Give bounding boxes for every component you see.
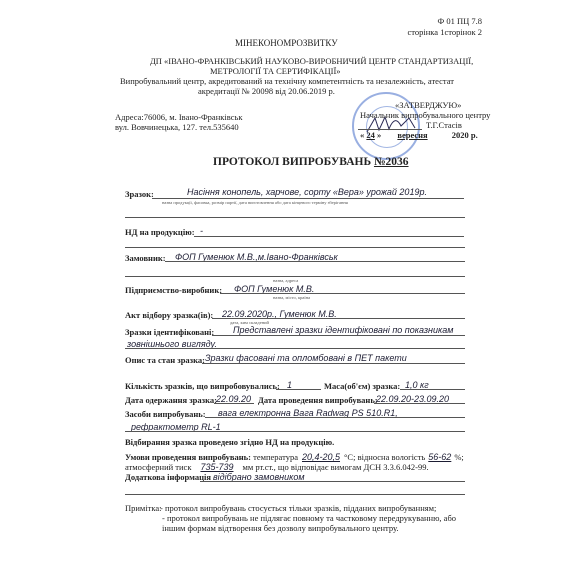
nd-value: - <box>200 226 203 236</box>
approval-name: Т.Г.Стасів <box>426 120 462 130</box>
sample-hint: назва продукції, фасовка, розмір партії,… <box>162 200 348 205</box>
note-line-1: - протокол випробувань стосується тільки… <box>160 503 436 513</box>
selection-text: Відбирання зразка проведено згідно НД на… <box>125 437 334 447</box>
protocol-number: №2036 <box>374 156 409 168</box>
mass-label: Маса(об'єм) зразка: <box>324 381 400 391</box>
form-code: Ф 01 ПЦ 7.8 <box>438 16 483 26</box>
conditions-line-2: атмосферний тиск735-739мм рт.ст., що від… <box>125 462 429 472</box>
approval-year: 2020 р. <box>452 130 478 140</box>
nd-label: НД на продукцію: <box>125 227 195 237</box>
ministry: МІНЕКОНОМРОЗВИТКУ <box>235 38 338 48</box>
org-line-1: ДП «ІВАНО-ФРАНКІВСЬКИЙ НАУКОВО-ВИРОБНИЧИ… <box>150 56 473 66</box>
desc-label: Опис та стан зразка: <box>125 355 205 365</box>
recv-label: Дата одержання зразка: <box>125 395 217 405</box>
sample-value: Насіння конопель, харчове, сорту «Вера» … <box>187 187 427 197</box>
producer-hint: назва, місто, країна <box>273 295 310 300</box>
conditions-line-1: Умови проведення випробувань: температур… <box>125 452 464 462</box>
accreditation-line-2: акредитації № 20098 від 20.06.2019 р. <box>198 86 335 96</box>
page-info: сторінка 1сторінок 2 <box>408 27 482 37</box>
approval-day: 24 <box>366 130 375 140</box>
customer-label: Замовник: <box>125 253 166 263</box>
note-line-2: - протокол випробувань не підлягає повно… <box>162 513 456 523</box>
pressure-value: 735-739 <box>191 462 242 472</box>
note-line-3: іншим формам відтворення без дозволу вип… <box>162 523 399 533</box>
temp-value: 20,4-20,5 <box>298 452 344 462</box>
ident-value-1: Представлені зразки ідентифіковані по по… <box>233 325 453 335</box>
address-line-2: вул. Вовчинецька, 127. тел.535640 <box>115 122 239 132</box>
desc-value: Зразки фасовані та опломбовані в ПЕТ пак… <box>205 353 407 363</box>
qty-label: Кількість зразків, що випробовувались: <box>125 381 280 391</box>
accreditation-line-1: Випробувальний центр, акредитований на т… <box>120 76 454 86</box>
means-label: Засоби випробувань: <box>125 409 206 419</box>
approval-title: «ЗАТВЕРДЖУЮ» <box>395 100 461 110</box>
protocol-title: ПРОТОКОЛ ВИПРОБУВАНЬ №2036 <box>213 156 409 168</box>
test-date-label: Дата проведення випробувань: <box>258 395 378 405</box>
org-line-2: МЕТРОЛОГІЇ ТА СЕРТИФІКАЦІЇ» <box>210 66 341 76</box>
ident-label: Зразки ідентифіковані: <box>125 327 214 337</box>
producer-label: Підприємство-виробник: <box>125 285 222 295</box>
approval-position: Начальник випробувального центру <box>360 110 490 120</box>
act-label: Акт відбору зразка(ів): <box>125 310 213 320</box>
approval-month: вересня <box>397 130 427 140</box>
sample-label: Зразок: <box>125 189 154 199</box>
approval-date: « 24 » вересня 2020 р. <box>360 130 478 140</box>
address-line-1: Адреса:76006, м. Івано-Франківськ <box>115 112 243 122</box>
note-label: Примітка: <box>125 503 162 513</box>
humidity-value: 56-62 <box>425 452 454 462</box>
customer-hint: назва, адреса <box>273 278 298 283</box>
